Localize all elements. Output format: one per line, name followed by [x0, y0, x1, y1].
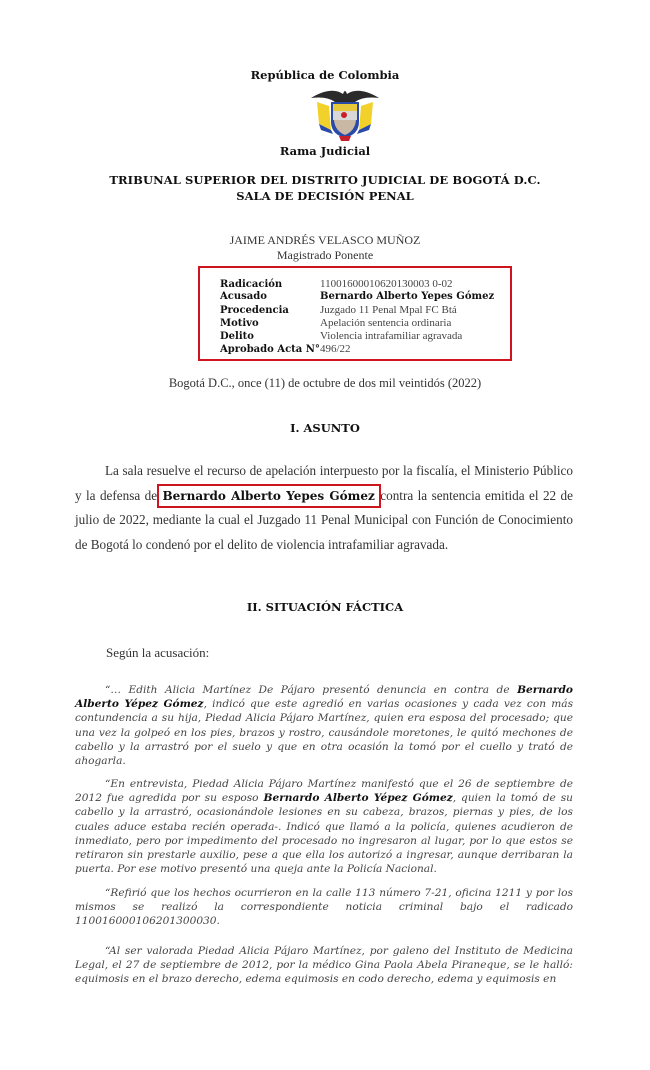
info-label: Acusado: [220, 291, 320, 303]
accusation-intro: Según la acusación:: [106, 645, 209, 661]
quote-paragraph: “… Edith Alicia Martínez De Pájaro prese…: [75, 683, 573, 768]
info-value: Bernardo Alberto Yepes Gómez: [320, 291, 494, 302]
info-label: Aprobado Acta N°: [220, 344, 320, 356]
info-value: Apelación sentencia ordinaria: [320, 317, 451, 329]
quote-text: “… Edith Alicia Martínez De Pájaro prese…: [105, 684, 510, 696]
info-value: 496/22: [320, 343, 351, 355]
magistrate-name: JAIME ANDRÉS VELASCO MUÑOZ: [0, 233, 650, 248]
section-title-situacion-factica: II. SITUACIÓN FÁCTICA: [0, 600, 650, 614]
info-value: Juzgado 11 Penal Mpal FC Btá: [320, 304, 457, 316]
info-row-delito: DelitoViolencia intrafamiliar agravada: [220, 330, 462, 343]
republic-heading: República de Colombia: [0, 68, 650, 82]
asunto-paragraph: La sala resuelve el recurso de apelación…: [75, 459, 573, 557]
info-label: Motivo: [220, 318, 320, 330]
info-label: Procedencia: [220, 305, 320, 317]
chamber-heading: SALA DE DECISIÓN PENAL: [0, 189, 650, 203]
court-heading: TRIBUNAL SUPERIOR DEL DISTRITO JUDICIAL …: [0, 173, 650, 187]
info-row-radicacion: Radicación11001600010620130003 0-02: [220, 278, 453, 291]
info-row-acusado: AcusadoBernardo Alberto Yepes Gómez: [220, 291, 494, 303]
info-label: Radicación: [220, 279, 320, 291]
quote-name-bold: Bernardo Alberto Yépez Gómez: [264, 792, 453, 804]
highlighted-defendant-name: Bernardo Alberto Yepes Gómez: [162, 489, 376, 503]
info-row-motivo: MotivoApelación sentencia ordinaria: [220, 317, 451, 330]
coat-of-arms-icon: [303, 84, 387, 142]
info-value: 11001600010620130003 0-02: [320, 278, 453, 290]
date-line: Bogotá D.C., once (11) de octubre de dos…: [0, 376, 650, 391]
info-row-acta: Aprobado Acta N°496/22: [220, 343, 351, 356]
quote-paragraph: “En entrevista, Piedad Alicia Pájaro Mar…: [75, 777, 573, 876]
info-row-procedencia: ProcedenciaJuzgado 11 Penal Mpal FC Btá: [220, 304, 457, 317]
quote-paragraph: “Refirió que los hechos ocurrieron en la…: [75, 886, 573, 929]
section-title-asunto: I. ASUNTO: [0, 421, 650, 435]
info-label: Delito: [220, 331, 320, 343]
info-value: Violencia intrafamiliar agravada: [320, 330, 462, 342]
quote-text: “Al ser valorada Piedad Alicia Pájaro Ma…: [75, 945, 573, 985]
branch-heading: Rama Judicial: [0, 144, 650, 158]
quote-text: , quien la tomó de su cabello y la arras…: [75, 792, 573, 875]
quote-text: “Refirió que los hechos ocurrieron en la…: [75, 887, 573, 927]
quote-paragraph: “Al ser valorada Piedad Alicia Pájaro Ma…: [75, 944, 573, 987]
case-info-box: Radicación11001600010620130003 0-02 Acus…: [198, 266, 512, 361]
magistrate-role: Magistrado Ponente: [0, 248, 650, 263]
